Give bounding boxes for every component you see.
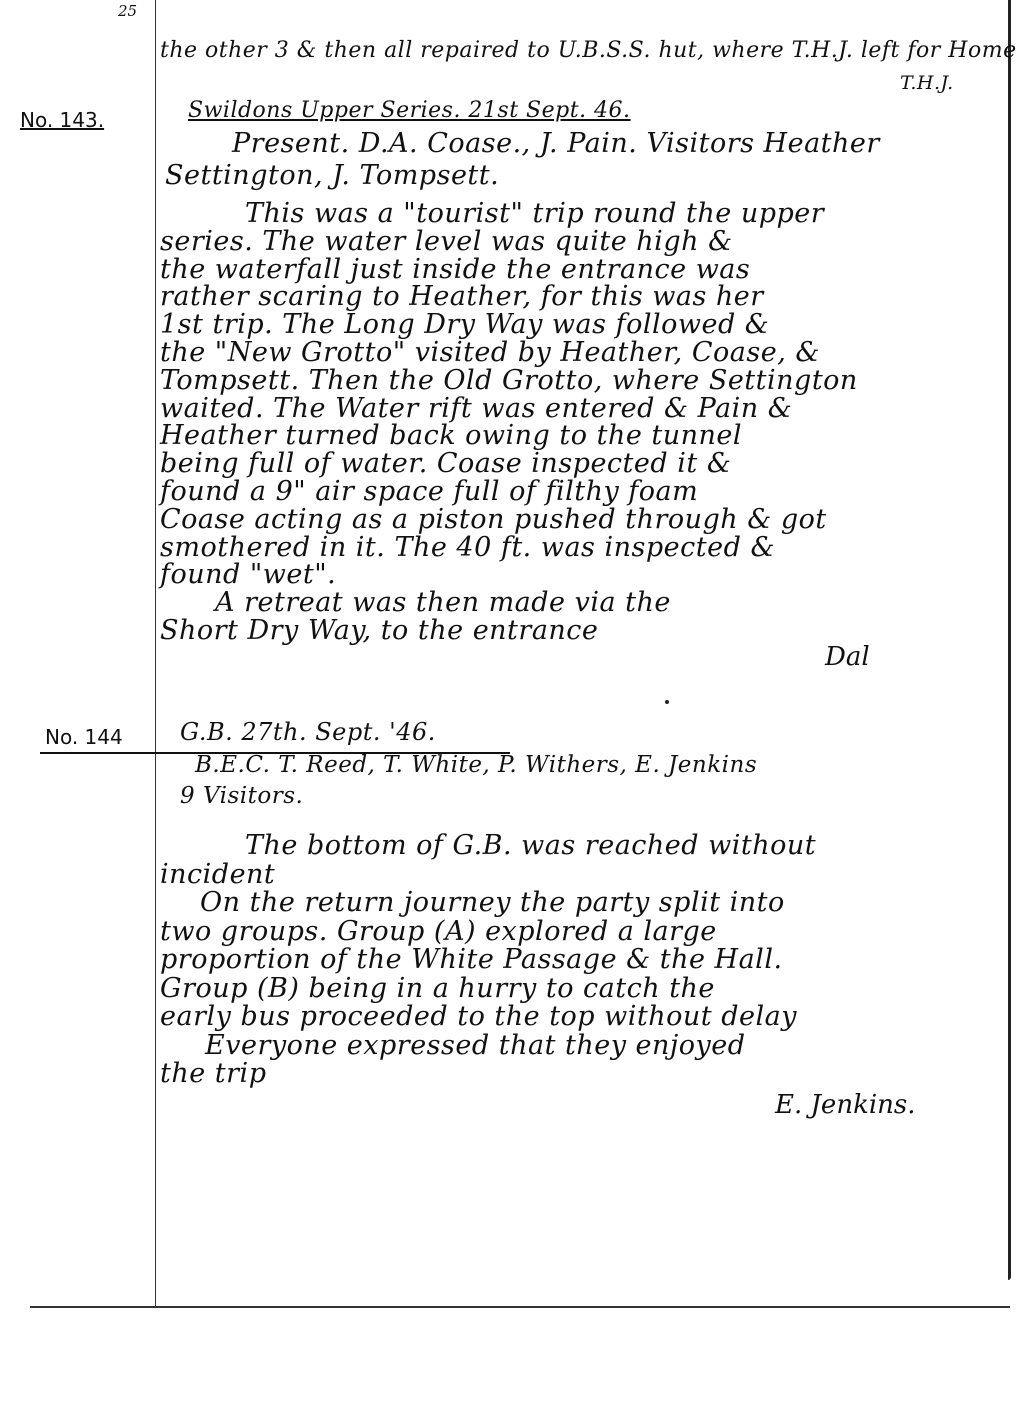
carryover-text: the other 3 & then all repaired to U.B.S… — [160, 38, 1016, 63]
body-line: Heather turned back owing to the tunnel — [160, 420, 742, 451]
body-line: series. The water level was quite high & — [160, 226, 733, 257]
entry-number-144: No. 144 — [45, 725, 123, 749]
entry-heading-143: Swildons Upper Series. 21st Sept. 46. — [188, 98, 631, 123]
present-143-line-2: Settington, J. Tompsett. — [165, 160, 499, 191]
signature-143: Dal — [825, 642, 870, 672]
body-line: 1st trip. The Long Dry Way was followed … — [160, 309, 769, 340]
logbook-page: 25 the other 3 & then all repaired to U.… — [0, 0, 1016, 1403]
body-line: A retreat was then made via the — [215, 587, 671, 618]
body-line: the "New Grotto" visited by Heather, Coa… — [160, 337, 820, 368]
body-line: Group (B) being in a hurry to catch the — [160, 973, 715, 1004]
signature-144: E. Jenkins. — [775, 1090, 916, 1120]
margin-rule — [155, 0, 156, 1308]
body-line: Tompsett. Then the Old Grotto, where Set… — [160, 365, 858, 396]
ink-spot — [665, 700, 669, 704]
body-line: early bus proceeded to the top without d… — [160, 1001, 797, 1032]
body-line: found "wet". — [160, 559, 336, 590]
carryover-initials: T.H.J. — [900, 72, 954, 94]
body-line: incident — [160, 859, 275, 890]
body-line: the waterfall just inside the entrance w… — [160, 254, 750, 285]
present-143-line-1: Present. D.A. Coase., J. Pain. Visitors … — [232, 128, 880, 159]
body-line: being full of water. Coase inspected it … — [160, 448, 731, 479]
body-line: smothered in it. The 40 ft. was inspecte… — [160, 532, 775, 563]
body-line: found a 9" air space full of filthy foam — [160, 476, 698, 507]
entry-heading-144: G.B. 27th. Sept. '46. — [180, 718, 436, 746]
bottom-rule — [30, 1306, 1010, 1308]
body-line: the trip — [160, 1058, 266, 1089]
present-144-line-1: B.E.C. T. Reed, T. White, P. Withers, E.… — [195, 752, 757, 778]
body-line: Everyone expressed that they enjoyed — [205, 1030, 746, 1061]
present-144-line-2: 9 Visitors. — [180, 783, 303, 809]
body-line: two groups. Group (A) explored a large — [160, 916, 717, 947]
body-line: waited. The Water rift was entered & Pai… — [160, 393, 792, 424]
body-line: Short Dry Way, to the entrance — [160, 615, 598, 646]
body-line: rather scaring to Heather, for this was … — [160, 281, 764, 312]
page-edge — [1008, 0, 1011, 1280]
body-line: proportion of the White Passage & the Ha… — [160, 944, 783, 975]
body-line: On the return journey the party split in… — [200, 887, 785, 918]
body-line: Coase acting as a piston pushed through … — [160, 504, 827, 535]
body-line: The bottom of G.B. was reached without — [245, 830, 816, 861]
page-number: 25 — [118, 2, 137, 20]
body-line: This was a "tourist" trip round the uppe… — [245, 198, 824, 229]
entry-number-143: No. 143. — [20, 108, 104, 132]
